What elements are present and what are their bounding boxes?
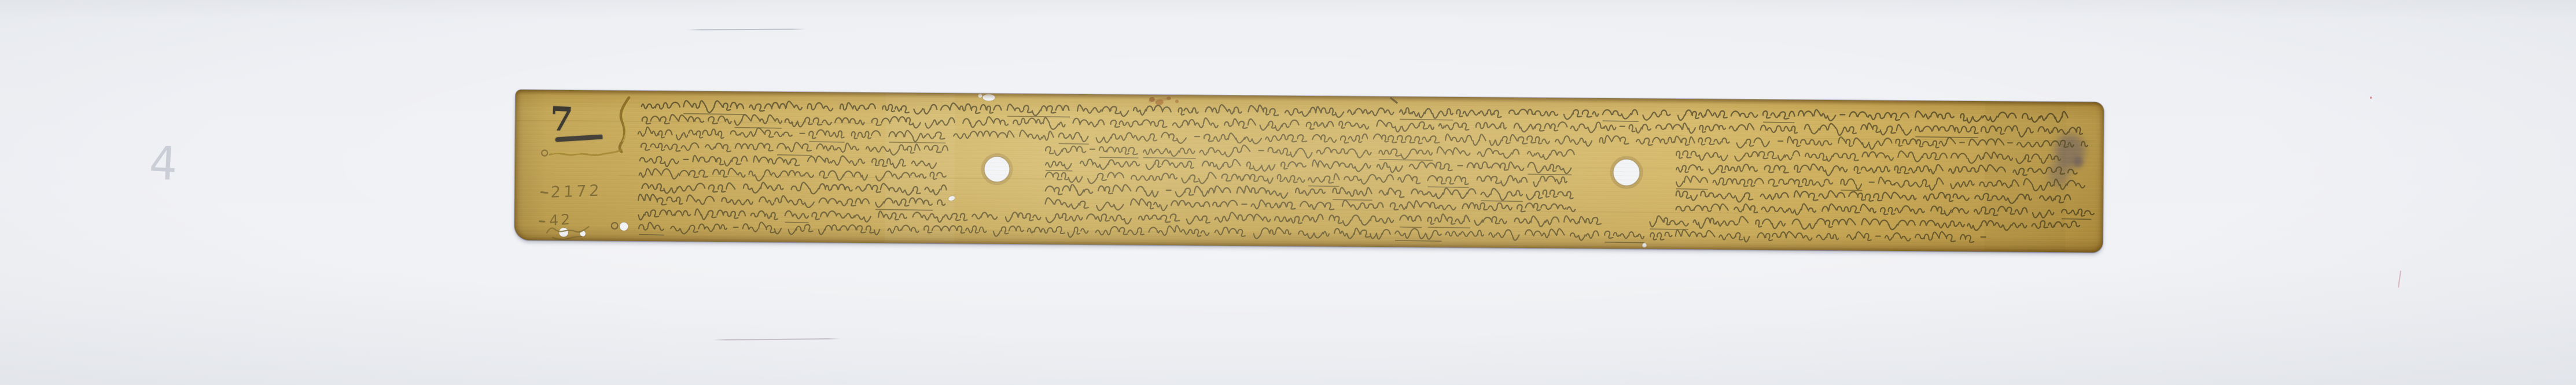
tamil-text-line <box>641 140 2060 164</box>
margin-numeral-primary: 2172 <box>550 182 602 201</box>
pencil-rule-line-top <box>687 28 806 30</box>
pencil-rule-line-bottom <box>713 338 840 340</box>
small-hole <box>620 222 628 231</box>
scribal-underline <box>1046 171 1572 175</box>
folio-number-ink: 7 <box>549 102 573 136</box>
palm-leaf-folio: 7 2172 42 <box>514 90 2104 253</box>
ink-stain-blob <box>2074 157 2083 167</box>
scribal-underline <box>1333 199 1522 201</box>
string-hole-left <box>984 157 1010 182</box>
string-hole-right <box>1613 159 1640 186</box>
tamil-text-line <box>639 221 1986 245</box>
rust-spot-cluster <box>1149 97 1179 106</box>
leaf-artwork <box>514 90 2104 253</box>
manuscript-text-block <box>637 100 2095 246</box>
pink-scratch-mark <box>2398 271 2401 288</box>
scribal-underline <box>639 235 1644 243</box>
tamil-text-line <box>638 208 2080 231</box>
pencil-number: 4 <box>148 136 179 191</box>
tamil-text-line <box>642 100 2068 124</box>
dark-slash-mark <box>1390 97 1399 104</box>
photo-background: 4 <box>0 0 2576 385</box>
ink-ring-mark <box>542 150 547 156</box>
red-speck <box>2370 97 2372 99</box>
ink-ring-mark <box>612 223 618 229</box>
margin-numeral-secondary: 42 <box>549 211 572 229</box>
string-holes <box>612 150 1642 239</box>
